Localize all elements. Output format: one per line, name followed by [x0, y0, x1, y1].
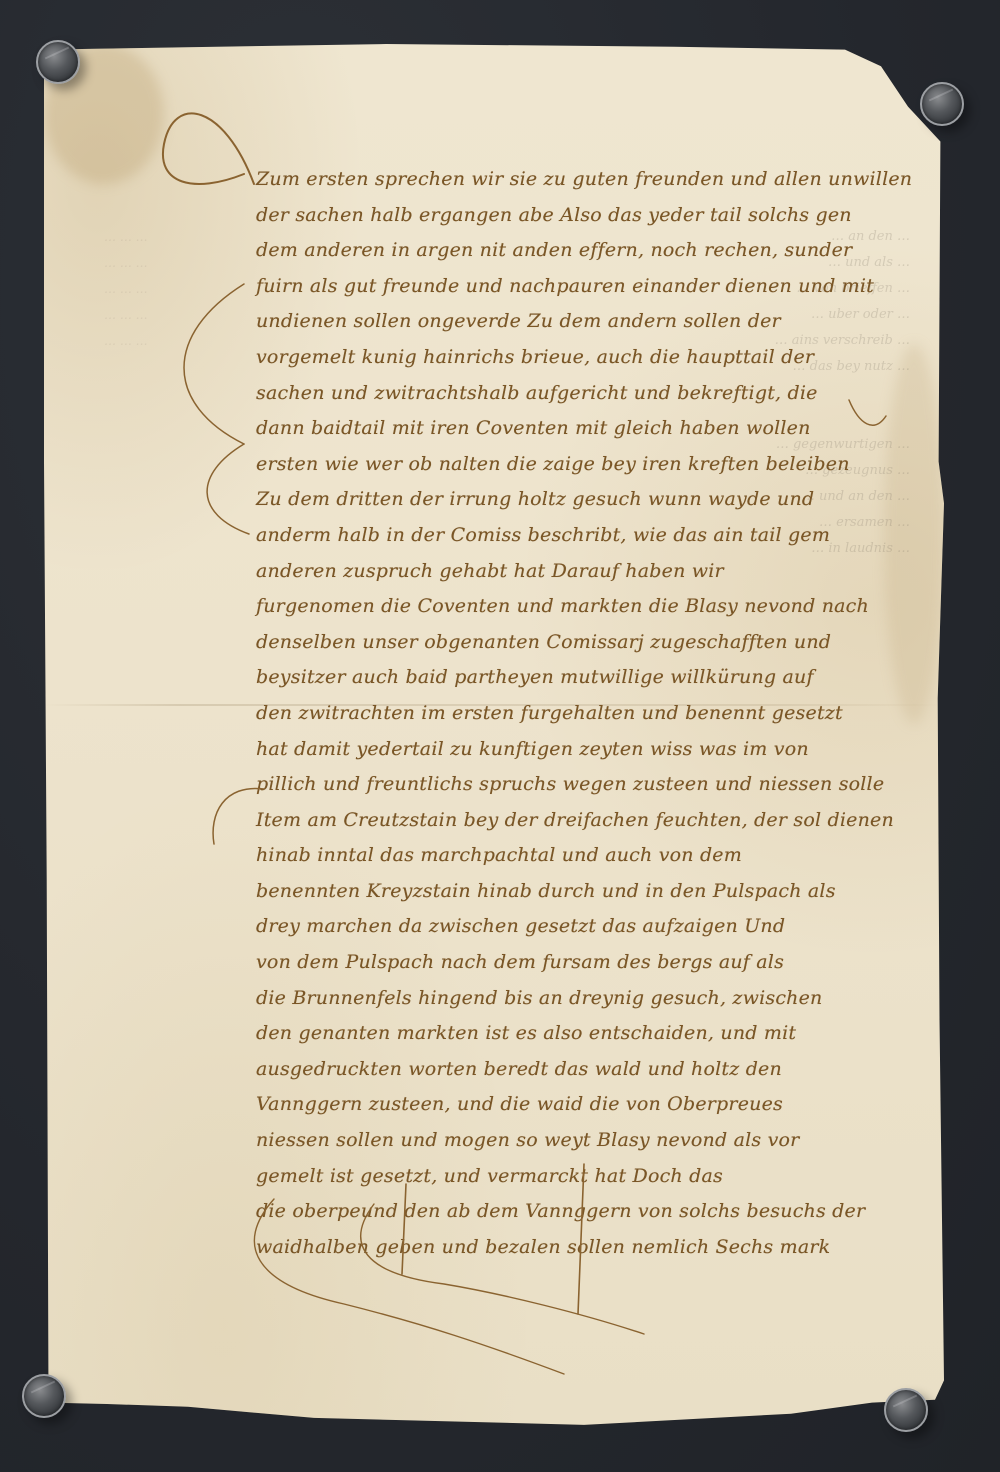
text-line: Item am Creutzstain bey der dreifachen f…: [256, 803, 936, 839]
text-line: Vannggern zusteen, und die waid die von …: [256, 1087, 936, 1123]
text-line: undienen sollen ongeverde Zu dem andern …: [256, 304, 936, 340]
text-line: beysitzer auch baid partheyen mutwillige…: [256, 660, 936, 696]
text-line: dem anderen in argen nit anden effern, n…: [256, 233, 936, 269]
text-line: pillich und freuntlichs spruchs wegen zu…: [256, 767, 936, 803]
text-line: Zum ersten sprechen wir sie zu guten fre…: [256, 162, 936, 198]
text-line: die oberpeund den ab dem Vannggern von s…: [256, 1194, 936, 1230]
manuscript-text: Zum ersten sprechen wir sie zu guten fre…: [256, 162, 936, 1265]
text-line: dann baidtail mit iren Coventen mit glei…: [256, 411, 936, 447]
text-line: von dem Pulspach nach dem fursam des ber…: [256, 945, 936, 981]
mounting-pin-top-right: [920, 82, 964, 126]
mounting-pin-bottom-right: [884, 1388, 928, 1432]
manuscript-leaf: … … … … … … … … … … … … … … … … an den ……: [44, 44, 944, 1436]
text-line: waidhalben geben und bezalen sollen neml…: [256, 1230, 936, 1266]
text-line: ersten wie wer ob nalten die zaige bey i…: [256, 447, 936, 483]
text-line: hinab inntal das marchpachtal und auch v…: [256, 838, 936, 874]
mounting-pin-bottom-left: [22, 1374, 66, 1418]
text-line: niessen sollen und mogen so weyt Blasy n…: [256, 1123, 936, 1159]
text-line: den genanten markten ist es also entscha…: [256, 1016, 936, 1052]
text-line: drey marchen da zwischen gesetzt das auf…: [256, 909, 936, 945]
reverse-show-through-left: … … … … … … … … … … … … … … …: [104, 224, 264, 354]
text-line: furgenomen die Coventen und markten die …: [256, 589, 936, 625]
mounting-pin-top-left: [36, 40, 80, 84]
text-line: hat damit yedertail zu kunftigen zeyten …: [256, 732, 936, 768]
text-line: gemelt ist gesetzt, und vermarckt hat Do…: [256, 1159, 936, 1195]
scan-background: … … … … … … … … … … … … … … … … an den ……: [0, 0, 1000, 1472]
text-line: anderen zuspruch gehabt hat Darauf haben…: [256, 554, 936, 590]
text-line: ausgedruckten worten beredt das wald und…: [256, 1052, 936, 1088]
text-line: benennten Kreyzstain hinab durch und in …: [256, 874, 936, 910]
margin-loop-flourish: [207, 444, 249, 534]
initial-loop-flourish: [163, 113, 254, 184]
text-line: den zwitrachten im ersten furgehalten un…: [256, 696, 936, 732]
text-line: die Brunnenfels hingend bis an dreynig g…: [256, 981, 936, 1017]
text-line: Zu dem dritten der irrung holtz gesuch w…: [256, 482, 936, 518]
text-line: der sachen halb ergangen abe Also das ye…: [256, 198, 936, 234]
text-line: anderm halb in der Comiss beschribt, wie…: [256, 518, 936, 554]
text-line: sachen und zwitrachtshalb aufgericht und…: [256, 376, 936, 412]
text-line: denselben unser obgenanten Comissarj zug…: [256, 625, 936, 661]
text-line: vorgemelt kunig hainrichs brieue, auch d…: [256, 340, 936, 376]
text-line: fuirn als gut freunde und nachpauren ein…: [256, 269, 936, 305]
